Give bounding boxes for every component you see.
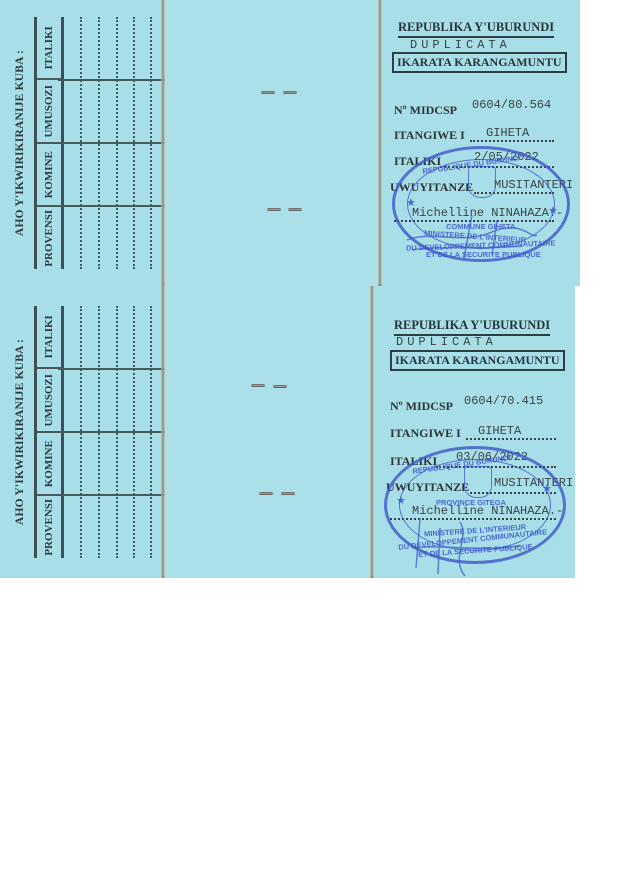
address-row-line xyxy=(98,17,100,269)
coat-of-arms-icon xyxy=(468,166,496,198)
column-komine: KOMINE xyxy=(37,433,61,497)
staple-icon xyxy=(283,91,297,94)
issued-at-label: ITANGIWE I xyxy=(390,426,461,441)
address-row-line xyxy=(150,306,152,558)
address-row-line xyxy=(133,17,135,269)
dotted-field-line xyxy=(466,438,556,440)
staple-icon xyxy=(273,385,287,388)
address-row-line xyxy=(80,17,82,269)
duplicate-label: DUPLICATA xyxy=(396,335,497,349)
star-icon: ★ xyxy=(396,494,406,507)
issued-at-value: GIHETA xyxy=(478,424,521,438)
staple-icon xyxy=(261,91,275,94)
star-icon: ★ xyxy=(406,196,416,209)
address-row-line xyxy=(116,17,118,269)
blank-middle-panel xyxy=(165,0,378,286)
number-value: 0604/70.415 xyxy=(464,394,543,408)
country-heading: REPUBLIKA Y'UBURUNDI xyxy=(394,318,550,336)
address-row-line xyxy=(150,17,152,269)
column-italiki: ITALIKI xyxy=(37,17,61,81)
id-card-top: AHO Y'IKWIRIKIRANIJE KUBA : PROVENSI KOM… xyxy=(0,0,580,286)
column-provensi: PROVENSI xyxy=(37,497,61,559)
coat-of-arms-icon xyxy=(464,466,492,498)
address-row-line xyxy=(133,306,135,558)
address-history-title: AHO Y'IKWIRIKIRANIJE KUBA : xyxy=(14,302,26,562)
country-heading: REPUBLIKA Y'UBURUNDI xyxy=(398,20,554,38)
issued-at-value: GIHETA xyxy=(486,126,529,140)
column-komine: KOMINE xyxy=(37,144,61,208)
document-title: IKARATA KARANGAMUNTU xyxy=(392,52,567,73)
document-title: IKARATA KARANGAMUNTU xyxy=(390,350,565,371)
number-label: Nº MIDCSP xyxy=(394,103,457,118)
column-provensi: PROVENSI xyxy=(37,208,61,270)
address-row-line xyxy=(80,306,82,558)
number-value: 0604/80.564 xyxy=(472,98,551,112)
star-icon: ★ xyxy=(548,204,558,217)
staple-icon xyxy=(267,208,281,211)
address-row-line xyxy=(98,306,100,558)
address-history-panel: AHO Y'IKWIRIKIRANIJE KUBA : PROVENSI KOM… xyxy=(0,0,163,286)
staple-icon xyxy=(281,492,295,495)
issued-at-label: ITANGIWE I xyxy=(394,128,465,143)
column-umusozi: UMUSOZI xyxy=(37,370,61,434)
identity-panel: REPUBLIKA Y'UBURUNDI DUPLICATA IKARATA K… xyxy=(382,0,580,286)
address-row-line xyxy=(116,306,118,558)
staple-icon xyxy=(288,208,302,211)
signature xyxy=(402,210,542,260)
identity-panel: REPUBLIKA Y'UBURUNDI DUPLICATA IKARATA K… xyxy=(374,286,575,578)
signature xyxy=(410,508,530,578)
dotted-field-line xyxy=(470,140,554,142)
star-icon: ★ xyxy=(542,482,552,495)
address-history-panel: AHO Y'IKWIRIKIRANIJE KUBA : PROVENSI KOM… xyxy=(0,286,163,578)
duplicate-label: DUPLICATA xyxy=(410,38,511,52)
column-umusozi: UMUSOZI xyxy=(37,81,61,145)
column-italiki: ITALIKI xyxy=(37,306,61,370)
number-label: Nº MIDCSP xyxy=(390,399,453,414)
stamp-middle-text: PROVINCE GITEGA xyxy=(436,498,506,507)
staple-icon xyxy=(259,492,273,495)
id-card-bottom: AHO Y'IKWIRIKIRANIJE KUBA : PROVENSI KOM… xyxy=(0,286,575,578)
blank-middle-panel xyxy=(165,286,370,578)
address-history-title: AHO Y'IKWIRIKIRANIJE KUBA : xyxy=(14,13,26,273)
staple-icon xyxy=(251,384,265,387)
